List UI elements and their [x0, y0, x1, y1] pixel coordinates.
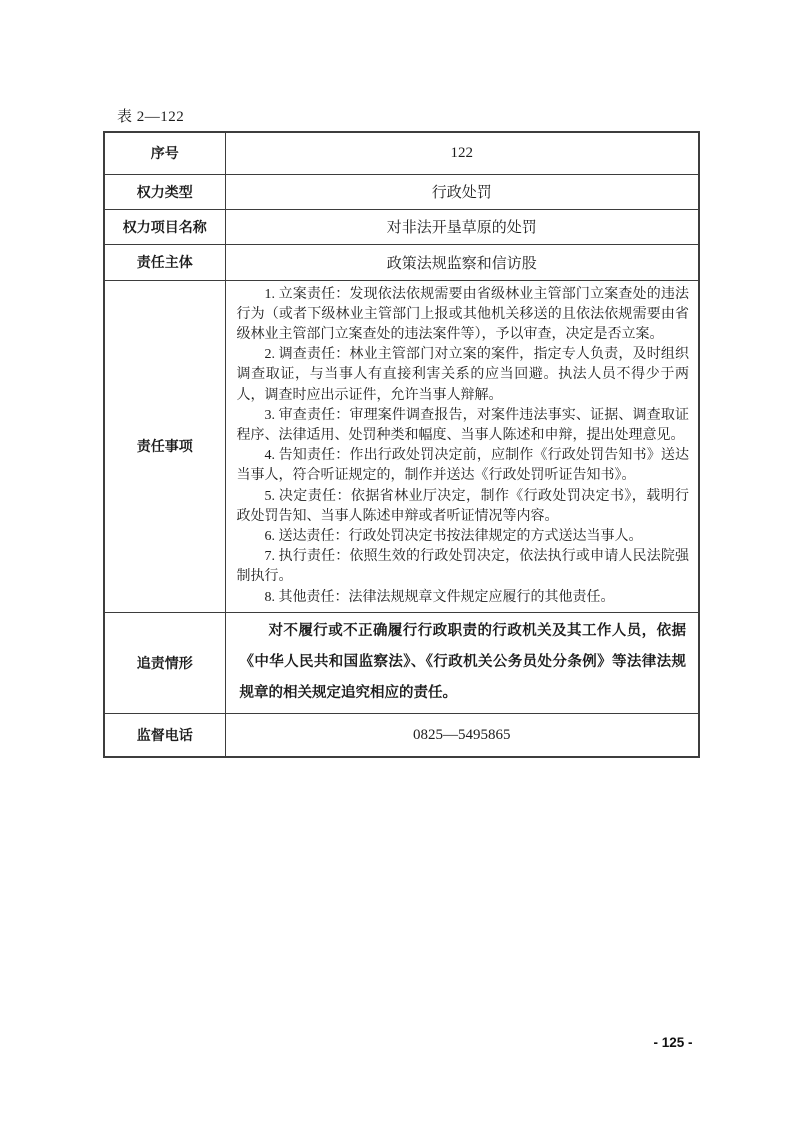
duty-item-4: 4. 告知责任：作出行政处罚决定前，应制作《行政处罚告知书》送达当事人，符合听证…	[237, 446, 690, 486]
accountability-situations-label: 追责情形	[104, 612, 225, 713]
duty-item-7: 7. 执行责任：依照生效的行政处罚决定，依法执行或申请人民法院强制执行。	[237, 547, 690, 587]
accountability-text: 对不履行或不正确履行行政职责的行政机关及其工作人员，依据《中华人民共和国监察法》…	[240, 616, 687, 709]
power-item-name-label: 权力项目名称	[104, 209, 225, 244]
power-type-value: 行政处罚	[225, 174, 699, 209]
serial-number-label: 序号	[104, 132, 225, 174]
table-row-serial-number: 序号 122	[104, 132, 699, 174]
supervision-phone-label: 监督电话	[104, 713, 225, 757]
page-number: - 125 -	[630, 1035, 716, 1050]
responsibility-items-label: 责任事项	[104, 280, 225, 612]
duty-item-6: 6. 送达责任：行政处罚决定书按法律规定的方式送达当事人。	[237, 527, 690, 547]
accountability-situations-content: 对不履行或不正确履行行政职责的行政机关及其工作人员，依据《中华人民共和国监察法》…	[225, 612, 699, 713]
table-row-responsible-subject: 责任主体 政策法规监察和信访股	[104, 244, 699, 280]
supervision-phone-value: 0825—5495865	[225, 713, 699, 757]
duty-item-5: 5. 决定责任：依据省林业厅决定，制作《行政处罚决定书》，载明行政处罚告知、当事…	[237, 487, 690, 527]
table-row-power-item-name: 权力项目名称 对非法开垦草原的处罚	[104, 209, 699, 244]
table-row-responsibility-items: 责任事项 1. 立案责任：发现依法依规需要由省级林业主管部门立案查处的违法行为（…	[104, 280, 699, 612]
responsible-subject-label: 责任主体	[104, 244, 225, 280]
duty-item-8: 8. 其他责任：法律法规规章文件规定应履行的其他责任。	[237, 588, 690, 608]
responsibility-table: 序号 122 权力类型 行政处罚 权力项目名称 对非法开垦草原的处罚 责任主体 …	[103, 131, 700, 758]
table-caption: 表 2—122	[117, 105, 184, 126]
duty-item-2: 2. 调查责任：林业主管部门对立案的案件，指定专人负责，及时组织调查取证，与当事…	[237, 345, 690, 406]
duty-item-1: 1. 立案责任：发现依法依规需要由省级林业主管部门立案查处的违法行为（或者下级林…	[237, 285, 690, 346]
table-row-accountability-situations: 追责情形 对不履行或不正确履行行政职责的行政机关及其工作人员，依据《中华人民共和…	[104, 612, 699, 713]
power-type-label: 权力类型	[104, 174, 225, 209]
table-row-power-type: 权力类型 行政处罚	[104, 174, 699, 209]
responsibility-items-content: 1. 立案责任：发现依法依规需要由省级林业主管部门立案查处的违法行为（或者下级林…	[225, 280, 699, 612]
power-item-name-value: 对非法开垦草原的处罚	[225, 209, 699, 244]
serial-number-value: 122	[225, 132, 699, 174]
table-row-supervision-phone: 监督电话 0825—5495865	[104, 713, 699, 757]
document-page: 表 2—122 序号 122 权力类型 行政处罚 权力项目名称 对非法开垦草原的…	[0, 0, 793, 1122]
duty-item-3: 3. 审查责任：审理案件调查报告，对案件违法事实、证据、调查取证程序、法律适用、…	[237, 406, 690, 446]
responsible-subject-value: 政策法规监察和信访股	[225, 244, 699, 280]
